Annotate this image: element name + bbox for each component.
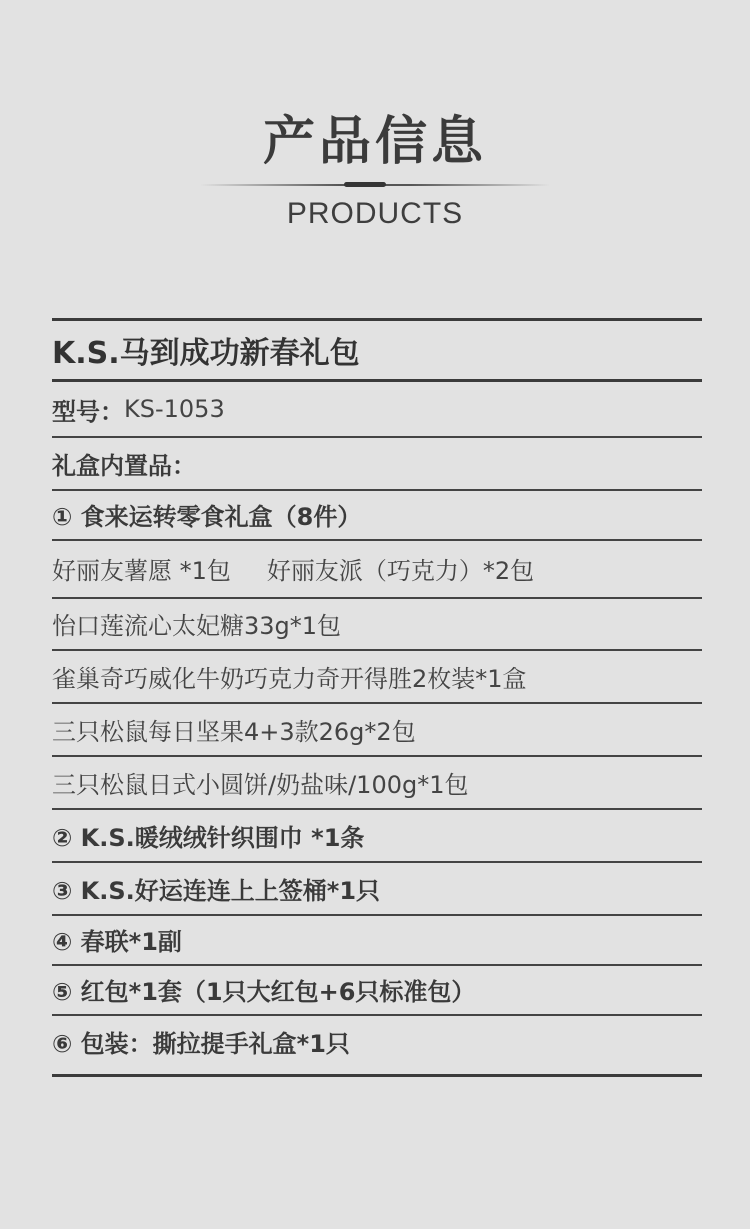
product-name: K.S.马到成功新春礼包 <box>52 321 702 379</box>
list-item-4: ④ 春联*1副 <box>52 915 702 964</box>
list-item-snack: 三只松鼠每日坚果4+3款26g*2包 <box>52 703 702 755</box>
model-row: 型号： KS-1053 <box>52 382 702 436</box>
list-item-snack: 三只松鼠日式小圆饼/奶盐味/100g*1包 <box>52 756 702 808</box>
snack-item-b: 好丽友派（巧克力）*2包 <box>267 551 534 586</box>
model-value: KS-1053 <box>124 395 225 423</box>
list-item-snack: 雀巢奇巧威化牛奶巧克力奇开得胜2枚装*1盒 <box>52 650 702 702</box>
list-item-snack-pair: 好丽友薯愿 *1包 好丽友派（巧克力）*2包 <box>52 540 702 597</box>
snack-item-a: 好丽友薯愿 *1包 <box>52 551 231 586</box>
header-subtitle: PRODUCTS <box>0 196 750 232</box>
list-item-5: ⑤ 红包*1套（1只大红包+6只标准包） <box>52 965 702 1014</box>
header-divider-pill <box>344 182 386 187</box>
list-item-2: ② K.S.暖绒绒针织围巾 *1条 <box>52 809 702 861</box>
model-label: 型号： <box>52 392 124 427</box>
table-bottom-rule <box>52 1074 702 1077</box>
contents-label: 礼盒内置品： <box>52 437 702 489</box>
header-title: 产品信息 <box>0 110 750 174</box>
list-item-1: ① 食来运转零食礼盒（8件） <box>52 490 702 539</box>
list-item-3: ③ K.S.好运连连上上签桶*1只 <box>52 862 702 914</box>
list-item-6: ⑥ 包装：撕拉提手礼盒*1只 <box>52 1015 702 1067</box>
list-item-snack: 怡口莲流心太妃糖33g*1包 <box>52 598 702 649</box>
